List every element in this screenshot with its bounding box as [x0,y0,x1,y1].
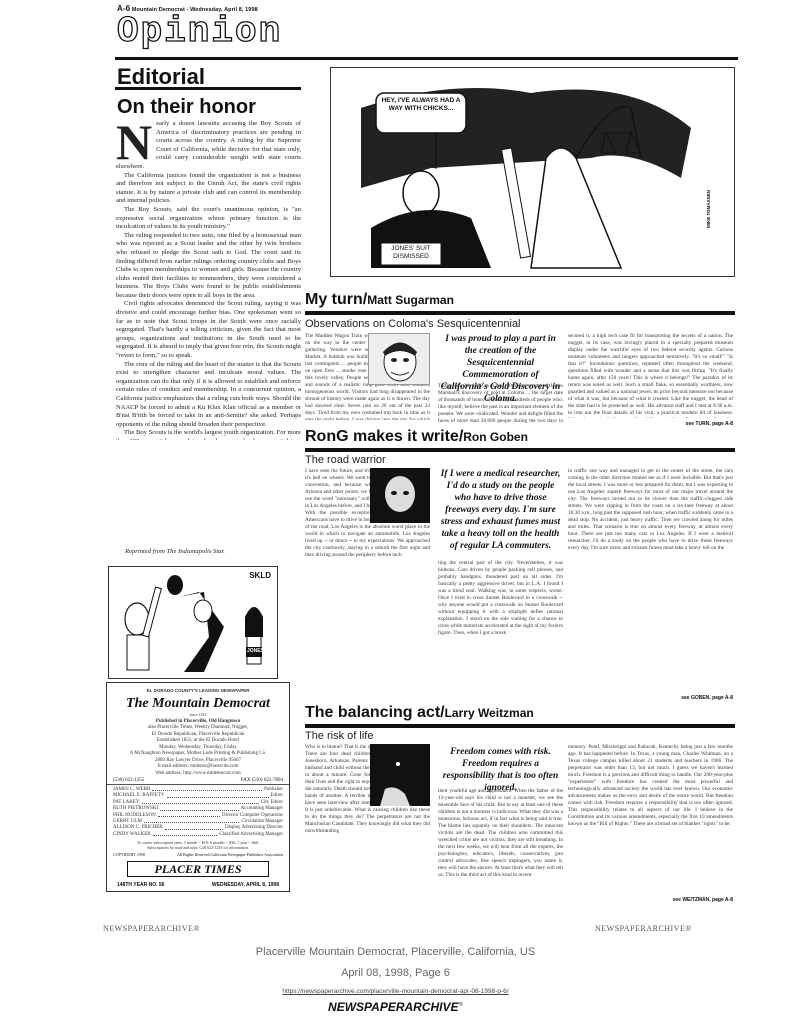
staff-row: CINDY WALKERClassified Advertising Manag… [113,832,283,838]
cartoon-top: HEY, I'VE ALWAYS HAD A WAY WITH CHICKS..… [330,67,735,277]
rong-header: RonG makes it write/Ron Goben [305,428,528,446]
author-photo [368,333,430,385]
copyright: COPYRIGHT 1998 [113,852,145,857]
cartoon-signature: MIKE TOMASSEN [706,190,711,228]
masthead-box: EL DORADO COUNTY'S LEADING NEWSPAPER The… [106,682,290,892]
balancing-pullquote: Freedom comes with risk. Freedom require… [438,746,563,794]
my-turn-col2: Today, Jan. 24, 1998, was the 150th anni… [438,383,563,423]
editorial-paragraph: The California justices found the organi… [116,172,301,206]
my-turn-col1: The Madden Wagon Train was hitching up a… [305,333,430,420]
my-turn-header: My turn/Matt Sugarman [305,291,454,309]
cartoon-signature: SKLD [249,571,271,580]
editorial-rule [115,87,301,90]
editorial-headline: On their honor [117,96,256,119]
editorial-paragraph: The crux of the ruling and the heart of … [116,361,301,430]
cartoon-sign: JONES' SUIT DISMISSED [385,245,437,261]
rong-col2: ling the central part of the city. Never… [438,560,563,670]
year-number: 148TH YEAR NO. 56 [117,882,164,888]
author-photo [370,468,430,523]
source-url-link[interactable]: https://newspaperarchive.com/placerville… [0,988,791,995]
balancing-col3: memory. Pearl, Mississippi and Paducah, … [568,744,733,884]
balancing-jump[interactable]: see WEITZMAN, page A-8 [568,897,733,903]
section-rule [305,448,735,452]
source-title: Placerville Mountain Democrat, Placervil… [0,946,791,958]
column-title: My turn/ [305,291,367,308]
editorial-paragraph: The Boy Scouts is the world's largest yo… [116,429,301,440]
cartoon-left: SKLD JONES [108,566,278,679]
column-title: RonG makes it write/ [305,428,463,445]
my-turn-col3: secured it, a high tech case fit for tra… [568,333,733,418]
balancing-header: The balancing act/Larry Weitzman [305,704,534,722]
column-title: The balancing act/ [305,704,445,721]
speech-bubble: HEY, I'VE ALWAYS HAD A WAY WITH CHICKS..… [381,97,461,113]
masthead-phone: (530) 622-1255 [113,778,144,783]
my-turn-subhead: Observations on Coloma's Sesquicentennia… [305,318,521,330]
section-logo: Opinion [117,14,282,50]
editorial-credit: Reprinted from The Indianapolis Star. [125,548,305,557]
editorial-paragraph: The Boy Scouts, said the court's unanimo… [116,206,301,232]
balancing-col1: Who is to blame? That is the question on… [305,744,430,891]
my-turn-jump[interactable]: see TURN, page A-8 [568,421,733,427]
byline: Matt Sugarman [367,293,454,307]
illustration-photo [370,744,430,806]
shirt-label: JONES [247,648,264,654]
rong-jump[interactable]: see GOBEN, page A-8 [568,695,733,701]
archive-watermark-left: NEWSPAPERARCHIVE® [103,924,200,933]
editorial-paragraph: Civil rights advocates denounced the Sco… [116,300,301,360]
balancing-subhead: The risk of life [305,730,373,742]
member-line: All Rights Reserved California Newspaper… [177,852,283,857]
dropcap: N [116,122,152,162]
balancing-col2: their youthful age and appearance. When … [438,788,563,891]
editorial-paragraph: The ruling responded to two suits, one f… [116,232,301,301]
rong-pullquote: If I were a medical researcher, I'd do a… [438,468,563,552]
placer-times-logo: PLACER TIMES [127,861,269,877]
section-rule [305,724,735,728]
rong-subhead: The road warrior [305,454,386,466]
editorial-body: N early a dozen lawsuits accusing the Bo… [116,120,301,440]
archive-watermark-right: NEWSPAPERARCHIVE® [595,924,692,933]
byline: Ron Goben [463,430,528,444]
source-date-page: April 08, 1998, Page 6 [0,967,791,979]
masthead-line: A McNaughton Newspaper, Mother Lode Prin… [107,751,289,758]
issue-date: WEDNESDAY, APRIL 8, 1998 [212,882,279,888]
byline: Larry Weitzman [445,706,534,720]
cartoon-illustration [109,567,278,679]
rong-col1: I have seen the future, and it's on whee… [305,468,430,668]
brand-logo: NEWSPAPERARCHIVE® [0,1000,791,1014]
masthead-name: The Mountain Democrat [107,695,289,713]
section-rule [305,311,735,315]
masthead-established: since 1851 [107,713,289,717]
top-rule [115,57,738,60]
masthead-fax: FAX (530) 622-7894 [241,778,283,783]
registered-mark: ® [459,1002,463,1008]
brand-name: NEWSPAPERARCHIVE [328,1000,458,1014]
rong-col3: in traffic one way and managed to get to… [568,468,733,670]
staff-list: JAMES C. WEBBPublisher MICHAEL E. RAFFET… [107,785,289,840]
